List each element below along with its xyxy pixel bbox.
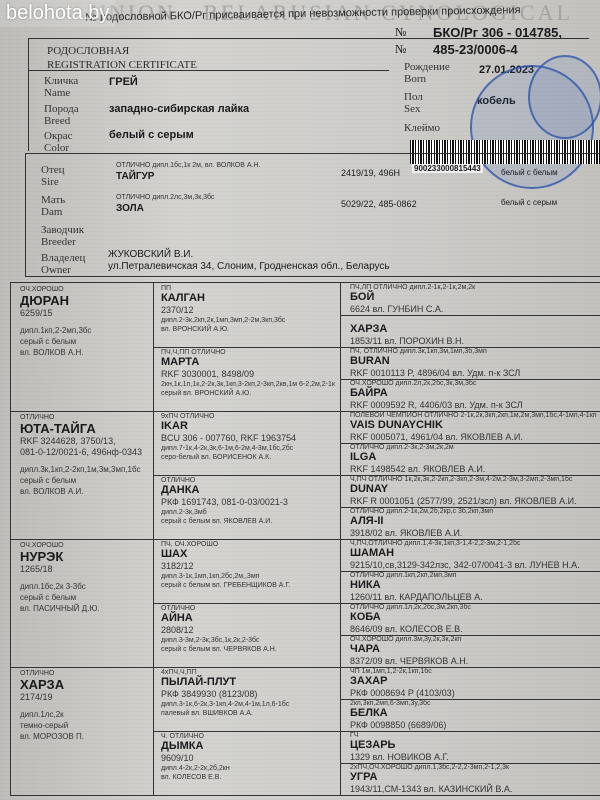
owner-label: ВладелецOwner [41,252,85,276]
certificate-title: РОДОСЛОВНАЯ REGISTRATION CERTIFICATE [47,44,197,72]
ancestor-reg: 1265/18 [20,564,151,575]
ancestor-title [350,316,598,323]
ancestor-title: ОТЛИЧНО дипл.2-3к,2-3м,2к,2м [350,444,598,451]
ancestor-diploma: дипл.3-3м,2-3к,3бс,1к,2к,2-3бс [161,636,338,645]
ancestor-reg: RKF 1498542 вл. ЯКОВЛЕВ А.И. [350,464,598,474]
row-divider [153,539,340,540]
ancestor-owner: вл. ВОЛКОВ А.И. [20,486,151,497]
ancestor-diploma: дипл.1кп,2-2мп,3бс [20,325,151,336]
ancestor-title: ОЧ.ХОРОШО дипл.2л,2к,2бс,3к,3м,3бс [350,380,598,387]
ancestor-diploma: дипл.4-2к,2-2к,2б,2кн [161,764,338,773]
row-divider [153,475,340,476]
sire-reg: 2419/19, 496Н [341,168,400,178]
ancestor-name: ILGA [350,451,598,464]
ancestor-name: ЗАХАР [350,675,598,688]
dog-color: белый с серым [109,129,194,141]
pedigree-gen2-cell: ПЧ,Ч,ПП ОТЛИЧНОМАРТАRKF 3030001, 8498/09… [161,349,338,409]
ancestor-name: БЕЛКА [350,707,598,720]
breed-label: ПородаBreed [44,103,79,127]
ancestor-reg: РКФ 1691743, 081-0-03/0021-3 [161,497,338,508]
ancestor-name: DUNAY [350,483,598,496]
ancestor-title: ПЧ,Ч,ПП ОТЛИЧНО [161,349,338,356]
ancestor-name: ДЮРАН [20,293,151,308]
site-watermark: belohota.by [0,0,115,27]
ancestor-diploma: 2кн,1к,1п,1к,2-2к,3к,1кп,3-2кп,2-3кп,2кв… [161,380,338,389]
ancestor-color: темно-серый [20,720,151,731]
ancestor-diploma: дипл.1бс,2к 3-3бс [20,581,151,592]
ancestor-color: серый с белым [20,475,151,486]
ancestor-name: ДАНКА [161,484,338,497]
ancestor-reg: 1329 вл. НОВИКОВ А.Г. [350,752,598,762]
ancestor-title: ПЧ, ОЧ.ХОРОШО [161,541,338,548]
ancestor-name: IKAR [161,420,338,433]
ancestor-title: ОТЛИЧНО [20,670,151,677]
row-divider [10,795,153,796]
ancestor-title: ГЧ [350,732,598,739]
name-label: КличкаName [44,75,78,99]
ancestor-reg: РКФ 0008694 P (4103/03) [350,688,598,698]
pedigree-gen3-cell: 2кп,3кп,2мп,6-3мп,3у,3бсБЕЛКАРКФ 0098850… [350,700,598,730]
ancestor-reg: 6259/15 [20,308,151,319]
ancestor-title: ОЧ.ХОРОШО [20,286,151,293]
ancestor-reg: РКФ 0098850 (6689/06) [350,720,598,730]
ancestor-owner: серый вл. ВРОНСКИЙ А.Ю. [161,389,338,398]
pedigree-document: belohota.by UNION · BELARUSIAN CYNOLOGIC… [0,0,600,800]
ancestor-name: МАРТА [161,356,338,369]
ancestor-title: 9хПЧ ОТЛИЧНО [161,413,338,420]
ancestor-title: ПЧ,ЛП ОТЛИЧНО дипл.2-1к,2-1к,2м,2к [350,284,598,291]
ancestor-title: ПП [161,285,338,292]
pedigree-gen3-cell: ОТЛИЧНО дипл.1кп,2кп,2мп,3мпНИКА1260/11 … [350,572,598,602]
ancestor-title: Ч. ОТЛИЧНО [161,733,338,740]
ancestor-diploma: дипл.2-3к,3мб [161,508,338,517]
ancestor-owner: серый с белым вл. ГРЕБЕНЩИКОВ А.Г. [161,581,338,590]
dam-title: ОТЛИЧНО дипл.2лс,3м,3к,3бс [116,194,214,201]
ancestor-name: ЧАРА [350,643,598,656]
pedigree-gen3-cell: ПОЛЕВОЙ ЧЕМПИОН ОТЛИЧНО 2-1к,2к,3кп,2кп,… [350,412,598,442]
ancestor-reg: 9609/10 [161,753,338,764]
pedigree-gen2-cell: 4хПЧ,Ч,ПППЫЛАЙ-ПЛУТРКФ 3849930 (8123/08)… [161,669,338,729]
ancestor-name: НУРЭК [20,549,151,564]
ancestor-owner: серый с белым вл. ЯКОВЛЕВ А.И. [161,517,338,526]
pedigree-gen2-cell: ОТЛИЧНОДАНКАРКФ 1691743, 081-0-03/0021-3… [161,477,338,537]
dam-name: ЗОЛА [116,203,144,214]
ancestor-title: ОЧ.ХОРОШО [20,542,151,549]
ancestor-title: ПОЛЕВОЙ ЧЕМПИОН ОТЛИЧНО 2-1к,2к,3кп,2кп,… [350,412,598,419]
ancestor-reg: RKF 0005071, 4961/04 вл. ЯКОВЛЕВ А.И. [350,432,598,442]
pedigree-gen3-cell: ЧП 1м,1мп,1,2-2к,1кп,1бсЗАХАРРКФ 0008694… [350,668,598,698]
pedigree-gen2-cell: ППКАЛГАН2370/12дипл.2-3к,2кп,2к,1мп,3мп,… [161,285,338,345]
ancestor-owner: палевый вл. ВШИВКОВ А.А. [161,709,338,718]
ancestor-name: ШАМАН [350,547,598,560]
ancestor-reg: 8646/09 вл. КОЛЕСОВ Е.В. [350,624,598,634]
row-divider [153,411,340,412]
ancestor-title: 2хПЧ,ОЧ.ХОРОШО дипл.1,3бс,2-2,2-3мп,2-1,… [350,764,598,771]
ancestor-title: ОТЛИЧНО дипл.1кп,2кп,2мп,3мп [350,572,598,579]
born-label: РождениеBorn [404,61,450,85]
ancestor-owner: вл. ВОЛКОВ А.Н. [20,347,151,358]
pedigree-gen2-cell: 9хПЧ ОТЛИЧНОIKARBCU 306 - 007760, RKF 19… [161,413,338,473]
ancestor-diploma: дипл.2-3к,2кп,2к,1мп,3мп,2-2м,3кп,3бс [161,316,338,325]
ancestor-title: ПЧ, ОТЛИЧНО дипл.3к,1кп,3м,1мп,3б,3мп [350,348,598,355]
dog-breed: западно-сибирская лайка [109,103,249,115]
ancestor-reg: 3918/02 вл. ЯКОВЛЕВ А.И. [350,528,598,538]
ancestor-reg: RKF 3244628, 3750/13, [20,436,151,447]
ancestor-owner: вл. КОЛЕСОВ Е.В. [161,773,338,782]
row-divider [153,795,340,796]
pedigree-gen2-cell: Ч. ОТЛИЧНОДЫМКА9609/10дипл.4-2к,2-2к,2б,… [161,733,338,793]
ancestor-color: серый с белым [20,336,151,347]
ancestor-name: БАЙРА [350,387,598,400]
parents-box: ОтецSire ОТЛИЧНО дипл.1бс,1к 2м, вл. ВОЛ… [25,153,600,277]
ancestor-name: ЦЕЗАРЬ [350,739,598,752]
ancestor-diploma: дипл.1лс,2к [20,709,151,720]
ancestor-name: ЮТА-ТАЙГА [20,421,151,436]
pedigree-gen3-cell: ОЧ.ХОРОШО дипл.3м,3у,2к,3к,2кпЧАРА8372/0… [350,636,598,666]
ancestor-name: КОБА [350,611,598,624]
pedigree-gen2-cell: ОТЛИЧНОАЙНА2808/12дипл.3-3м,2-3к,3бс,1к,… [161,605,338,665]
pedigree-gen3-cell: ПЧ,ЛП ОТЛИЧНО дипл.2-1к,2-1к,2м,2кБОЙ662… [350,284,598,314]
sex-label: ПолSex [404,91,423,115]
pedigree-gen1-cell: ОЧ.ХОРОШОДЮРАН6259/15дипл.1кп,2-2мп,3бсс… [20,286,151,408]
ancestor-diploma: дипл.7-1к,4-2к,3к,6-1м,6-2м,4-3м,1бс,2бс [161,444,338,453]
ancestor-color: серый с белым [20,592,151,603]
ancestor-title: ОТЛИЧНО [161,477,338,484]
brand-label: Клеймо [404,122,440,134]
ancestor-reg: 2174/19 [20,692,151,703]
ancestor-name: АЛЯ-II [350,515,598,528]
pedigree-gen3-cell: ПЧ, ОТЛИЧНО дипл.3к,1кп,3м,1мп,3б,3мпBUR… [350,348,598,378]
ancestor-reg: 6624 вл. ГУНБИН С.А. [350,304,598,314]
ancestor-title: 4хПЧ,Ч,ПП [161,669,338,676]
breeder-label: ЗаводчикBreeder [41,224,84,248]
seal-stamp [528,55,600,139]
ancestor-name: ХАРЗА [20,677,151,692]
pedigree-gen3-cell: ОТЛИЧНО дипл.2-1к,2м,2б,2кр,с 3б,2кп,3мп… [350,508,598,538]
ancestor-reg: 3182/12 [161,561,338,572]
ancestor-name: BURAN [350,355,598,368]
ancestor-name: ДЫМКА [161,740,338,753]
pedigree-gen3-cell: ОТЛИЧНО дипл.2-3к,2-3м,2к,2мILGARKF 1498… [350,444,598,474]
ancestor-title: 2кп,3кп,2мп,6-3мп,3у,3бс [350,700,598,707]
dam-label: МатьDam [41,194,65,218]
pedigree-gen1-cell: ОТЛИЧНОХАРЗА2174/19дипл.1лс,2ктемно-серы… [20,670,151,792]
ancestor-title: ОТЛИЧНО дипл.1л,2к,2бс,3м,2кп,3бс [350,604,598,611]
ancestor-reg: 2808/12 [161,625,338,636]
row-divider [153,731,340,732]
ancestor-diploma: дипл.3-1к,6-2к,3-1кп,4-2м,4-1м,1л,6-1бс [161,700,338,709]
pedigree-gen2-cell: ПЧ, ОЧ.ХОРОШОШАХ3182/12дипл.3-1к,1мп,1кп… [161,541,338,601]
ancestor-name: ШАХ [161,548,338,561]
ancestor-title: ОТЛИЧНО дипл.2-1к,2м,2б,2кр,с 3б,2кп,3мп [350,508,598,515]
ancestor-title: Ч,ПЧ ОТЛИЧНО 1к,2к,3к,2-2кп,2-3кп,2-3м,4… [350,476,598,483]
ancestor-title: ОТЛИЧНО [20,414,151,421]
dam-reg: 5029/22, 485-0862 [341,199,417,209]
ancestor-reg: 8372/09 вл. ЧЕРВЯКОВ А.Н. [350,656,598,666]
row-divider [153,667,340,668]
ancestor-reg: 1943/11,СМ-1343 вл. КАЗИНСКИЙ В.А. [350,784,598,794]
ancestor-diploma: дипл.3к,1кп,2-2кп,1м,3м,3мп,1бс [20,464,151,475]
sire-label: ОтецSire [41,164,65,188]
ancestor-owner: вл. ВРОНСКИЙ А.Ю. [161,325,338,334]
pedigree-gen3-cell: Ч,ПЧ,ОТЛИЧНО дипл.1,4-3к,1кп,3-1,4-2,2-3… [350,540,598,570]
ancestor-name: АЙНА [161,612,338,625]
ancestor-reg: 2370/12 [161,305,338,316]
ancestor-reg: RKF 0009592 R, 4406/03 вл. Удм. п-к ЗСЛ [350,400,598,410]
pedigree-gen3-cell: ГЧЦЕЗАРЬ1329 вл. НОВИКОВ А.Г. [350,732,598,762]
pedigree-gen3-cell: 2хПЧ,ОЧ.ХОРОШО дипл.1,3бс,2-2,2-3мп,2-1,… [350,764,598,794]
ancestor-reg: 9215/10,св,3129-342лзс, 342-07/0041-3 вл… [350,560,598,570]
sire-title: ОТЛИЧНО дипл.1бс,1к 2м, вл. ВОЛКОВ А.Н. [116,162,260,169]
pedigree-gen1-cell: ОЧ.ХОРОШОНУРЭК1265/18дипл.1бс,2к 3-3бссе… [20,542,151,664]
pedigree-gen3-cell: ХАРЗА1853/11 вл. ПОРОХИН В.Н. [350,316,598,346]
ancestor-name: ХАРЗА [350,323,598,336]
ancestor-reg: RKF R 0001051 (2577/99, 2521/зсл) вл. ЯК… [350,496,598,506]
ancestor-reg: 1260/11 вл. КАРДАПОЛЬЦЕВ А. [350,592,598,602]
ancestor-name: КАЛГАН [161,292,338,305]
row-divider [340,795,600,796]
ancestor-reg: RKF 0010113 P, 4896/04 вл. Удм. п-к ЗСЛ [350,368,598,378]
pedigree-gen3-cell: ОТЛИЧНО дипл.1л,2к,2бс,3м,2кп,3бсКОБА864… [350,604,598,634]
ancestor-title: ЧП 1м,1мп,1,2-2к,1кп,1бс [350,668,598,675]
ancestor-reg: РКФ 3849930 (8123/08) [161,689,338,700]
sire-name: ТАЙГУР [116,171,154,182]
ancestor-owner: серо-белый вл. БОРИСЕНОК А.К. [161,453,338,462]
ancestor-owner: серый с белым вл. ЧЕРВЯКОВ А.Н. [161,645,338,654]
ancestor-diploma: дипл.3-1к,1мп,1кп,2бс,2м,,3мп [161,572,338,581]
row-divider [10,539,153,540]
row-divider [10,411,153,412]
color-label: ОкрасColor [44,130,73,154]
ancestor-name: БОЙ [350,291,598,304]
owner-address: ул.Петралевичская 34, Слоним, Гродненска… [108,261,390,272]
dam-color: белый с серым [501,198,557,207]
owner-name: ЖУКОВСКИЙ В.И. [108,249,193,260]
row-divider [153,347,340,348]
ancestor-reg: BCU 306 - 007760, RKF 1963754 [161,433,338,444]
pedigree-gen1-cell: ОТЛИЧНОЮТА-ТАЙГАRKF 3244628, 3750/13,081… [20,414,151,536]
pedigree-gen3-cell: ОЧ.ХОРОШО дипл.2л,2к,2бс,3к,3м,3бсБАЙРАR… [350,380,598,410]
ancestor-owner: вл. ПАСИЧНЫЙ Д.Ю. [20,603,151,614]
ancestor-name: ПЫЛАЙ-ПЛУТ [161,676,338,689]
ancestor-owner: вл. МОРОЗОВ П. [20,731,151,742]
ancestor-reg: 1853/11 вл. ПОРОХИН В.Н. [350,336,598,346]
sire-color: белый с белым [501,168,558,177]
ancestor-title: ОТЛИЧНО [161,605,338,612]
dog-name: ГРЕЙ [109,76,138,88]
ancestor-name: УГРА [350,771,598,784]
ancestor-reg: 081-0-12/0021-6, 496нф-0343 [20,447,151,458]
ancestor-title: Ч,ПЧ,ОТЛИЧНО дипл.1,4-3к,1кп,3-1,4-2,2-3… [350,540,598,547]
ancestor-name: VAIS DUNAYCHIK [350,419,598,432]
pedigree-table: ОЧ.ХОРОШОДЮРАН6259/15дипл.1кп,2-2мп,3бсс… [10,282,600,795]
row-divider [153,603,340,604]
ancestor-title: ОЧ.ХОРОШО дипл.3м,3у,2к,3к,2кп [350,636,598,643]
ancestor-reg: RKF 3030001, 8498/09 [161,369,338,380]
ancestor-name: НИКА [350,579,598,592]
row-divider [10,667,153,668]
pedigree-gen3-cell: Ч,ПЧ ОТЛИЧНО 1к,2к,3к,2-2кп,2-3кп,2-3м,4… [350,476,598,506]
